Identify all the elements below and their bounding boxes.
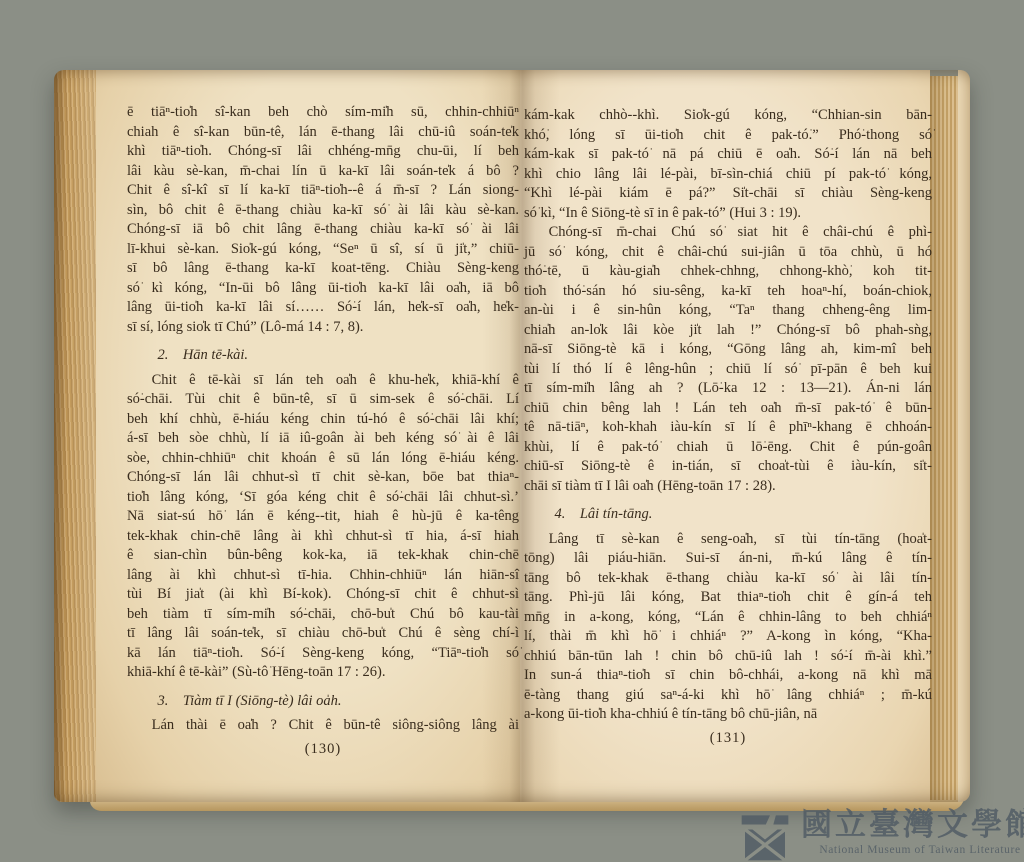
book-cover-edge: [958, 70, 970, 802]
right-page-edges: [930, 76, 958, 800]
text-line: só͘ kì, “In ê Siōng-tè sī in ê pak-tó͘” …: [524, 204, 932, 224]
text-line: kā lán tiāⁿ-tio̍h. Só͘-í Sèng-keng kóng,…: [127, 644, 519, 664]
text-line: khì tiāⁿ-tio̍h. Chóng-sī lâi chhéng-mn̄g…: [127, 142, 519, 162]
text-line: beh khí chhù, ē-hiáu kéng chin tú-hó ê s…: [127, 410, 519, 430]
text-line: chāi sī tiàm tī I lâi oa̍h (Hēng-toān 17…: [524, 477, 932, 497]
text-line: Chit ê sî-kî sī lí ka-kī tiāⁿ-tio̍h--ê á…: [127, 181, 519, 201]
text-line: lī-khui sè-kan. Sio̍k-gú kóng, “Seⁿ ū sî…: [127, 240, 519, 260]
text-line: a-kong ūi-tio̍h kha-chhiú ê tín-tāng bô …: [524, 705, 932, 725]
section-heading: 2. Hān tē-kài.: [127, 346, 519, 366]
text-line: ē-tàng thang giú saⁿ-á-ki khì hō͘ lâng c…: [524, 686, 932, 706]
text-line: tāng bô tek-khak ē-thang chiàu ka-kī só͘…: [524, 569, 932, 589]
text-line: tio̍h lâng kóng, ‘Sī góa kéng chit ê só͘…: [127, 488, 519, 508]
text-line: ê sian-chìn bûn-bêng kok-ka, iā tek-khak…: [127, 546, 519, 566]
text-line: tek-khak chin-chē lâng ài khì chhut-sì t…: [127, 527, 519, 547]
text-line: á-sī beh sòe chhù, lí iā iû-goân ài beh …: [127, 429, 519, 449]
text-line: mn̄g in a-kong, kóng, “Lán ê chhin-lâng …: [524, 608, 932, 628]
text-line: kám-kak chhò--khì. Sio̍k-gú kóng, “Chhia…: [524, 106, 932, 126]
nmtl-logo-icon: [740, 812, 790, 862]
text-line: sòe, chhin-chhiūⁿ chit khoán ê sū lán ló…: [127, 449, 519, 469]
text-line: tùi Bí jia̍t (ài khì Bí-kok). Chóng-sī c…: [127, 585, 519, 605]
right-page-text: kám-kak chhò--khì. Sio̍k-gú kóng, “Chhia…: [524, 106, 932, 748]
page-number: (130): [127, 740, 519, 760]
text-line: chhiú bān-tūn lah ! chin bô chū-iû lah !…: [524, 647, 932, 667]
text-line: Chóng-sī lán lâi chhut-sì tī chit sè-kan…: [127, 468, 519, 488]
text-line: ē tiāⁿ-tio̍h sî-kan beh chò sím-mi̍h sū,…: [127, 103, 519, 123]
open-book: ē tiāⁿ-tio̍h sî-kan beh chò sím-mi̍h sū,…: [54, 70, 970, 802]
photo-background: ē tiāⁿ-tio̍h sî-kan beh chò sím-mi̍h sū,…: [0, 0, 1024, 862]
text-line: lâng ài khì chhut-sì tī-hia. Chhin-chhiū…: [127, 566, 519, 586]
text-line: “Khì lé-pài kiám ē pá?” Si̍t-chāi sī chi…: [524, 184, 932, 204]
text-line: sī sí, lóng sio̍k tī Chú” (Lô-má 14 : 7,…: [127, 318, 519, 338]
text-line: In sun-á thiaⁿ-tio̍h sī chin bô-chhái, a…: [524, 666, 932, 686]
text-line: Nā siat-sú hō͘ lán ē kéng--tit, hiah ê h…: [127, 507, 519, 527]
text-line: tōng) lâi piáu-hiān. Sui-sī án-ni, m̄-kú…: [524, 549, 932, 569]
text-line: tio̍h thó͘-sán hó siu-sêng, ka-kī teh ho…: [524, 282, 932, 302]
text-line: beh tiàm tī sím-mi̍h só͘-chāi, chō-bu̍t …: [127, 605, 519, 625]
watermark-title-cjk: 國立臺灣文學館: [801, 809, 1024, 840]
text-line: chiū chin bêng lah ! Lán teh oa̍h m̄-sī …: [524, 399, 932, 419]
text-line: nā-sī Siōng-tè kā i kóng, “Gōng lâng ah,…: [524, 340, 932, 360]
text-line: thó͘-tē, ū kàu-gia̍h chhek-chhng, chhong…: [524, 262, 932, 282]
text-line: Lán thài ē oa̍h ? Chit ê būn-tê siông-si…: [127, 716, 519, 736]
text-line: tê nā-tiāⁿ, koh-khah iàu-kín sī lí ê phī…: [524, 418, 932, 438]
text-line: Chóng-sī m̄-chai Chú só͘ siat hit ê châi…: [524, 223, 932, 243]
text-line: tāng. Phì-jū lâi kóng, Bat thiaⁿ-tio̍h c…: [524, 588, 932, 608]
text-line: khùi, lí ê pak-tó͘ chiah ū lō͘-ēng. Chit…: [524, 438, 932, 458]
text-line: sìn, bô chit ê ē-thang chiàu ka-kī só͘ à…: [127, 201, 519, 221]
watermark-title-en: National Museum of Taiwan Literature: [819, 844, 1020, 856]
text-line: khiā-khí ê tē-kài” (Sù-tô͘ Hēng-toān 17 …: [127, 663, 519, 683]
text-line: lâng ūi-tio̍h ka-kī lâi sí…… Só͘-í lán, …: [127, 298, 519, 318]
text-line: tùi lí thó lí ê lêng-hûn ; chiū lí só͘ p…: [524, 360, 932, 380]
text-line: khì chio lâng lâi lé-pài, bī-sìn-chiá ch…: [524, 165, 932, 185]
text-line: chiah ê sî-kan būn-tê, lán ē-thang lâi c…: [127, 123, 519, 143]
text-line: lâi kàu sè-kan, m̄-chai lín ū ka-kī lâi …: [127, 162, 519, 182]
text-line: khó͘, lóng sī ūi-tio̍h chit ê pak-tó͘.” …: [524, 126, 932, 146]
text-line: lí, thài m̄ khì hō͘ i chhiáⁿ ?” A-kong ì…: [524, 627, 932, 647]
text-line: Chóng-sī iā bô chit lâng ē-thang chiàu k…: [127, 220, 519, 240]
text-line: Chit ê tē-kài sī lán teh oa̍h ê khu-he̍k…: [127, 371, 519, 391]
text-line: tī sím-mi̍h lâng ah ? (Lō͘-ka 12 : 13—21…: [524, 379, 932, 399]
text-line: jū só͘ kóng, chit ê châi-chú sui-jiân ū …: [524, 243, 932, 263]
text-line: sī bô lâng ē-thang ka-kī koat-tēng. Chià…: [127, 259, 519, 279]
text-line: só͘-chāi. Tùi chit ê būn-tê, sī ū sim-se…: [127, 390, 519, 410]
text-line: kám-kak sī pak-tó͘ nā pá chiū ē oa̍h. Só…: [524, 145, 932, 165]
text-line: an-ùi i ê sin-hûn kóng, “Taⁿ thang chhen…: [524, 301, 932, 321]
text-line: tī lâng lâi soán-te̍k, sī chiàu chō-bu̍t…: [127, 624, 519, 644]
left-page-text: ē tiāⁿ-tio̍h sî-kan beh chò sím-mi̍h sū,…: [127, 103, 519, 759]
section-heading: 3. Tiàm tī I (Siōng-tè) lâi oa̍h.: [127, 692, 519, 712]
left-page-edges: [54, 70, 96, 802]
text-line: chia̍h an-lo̍k lâi kòe ji̍t lah !” Chóng…: [524, 321, 932, 341]
text-line: Lâng tī sè-kan ê seng-oa̍h, sī tùi tín-t…: [524, 530, 932, 550]
text-line: só͘ kì kóng, “In-ūi bô lâng ūi-tio̍h ka-…: [127, 279, 519, 299]
section-heading: 4. Lâi tín-tāng.: [524, 505, 932, 525]
page-number: (131): [524, 729, 932, 749]
text-line: chiū-sī Siōng-tè ê in-tián, sī choa̍t-tù…: [524, 457, 932, 477]
